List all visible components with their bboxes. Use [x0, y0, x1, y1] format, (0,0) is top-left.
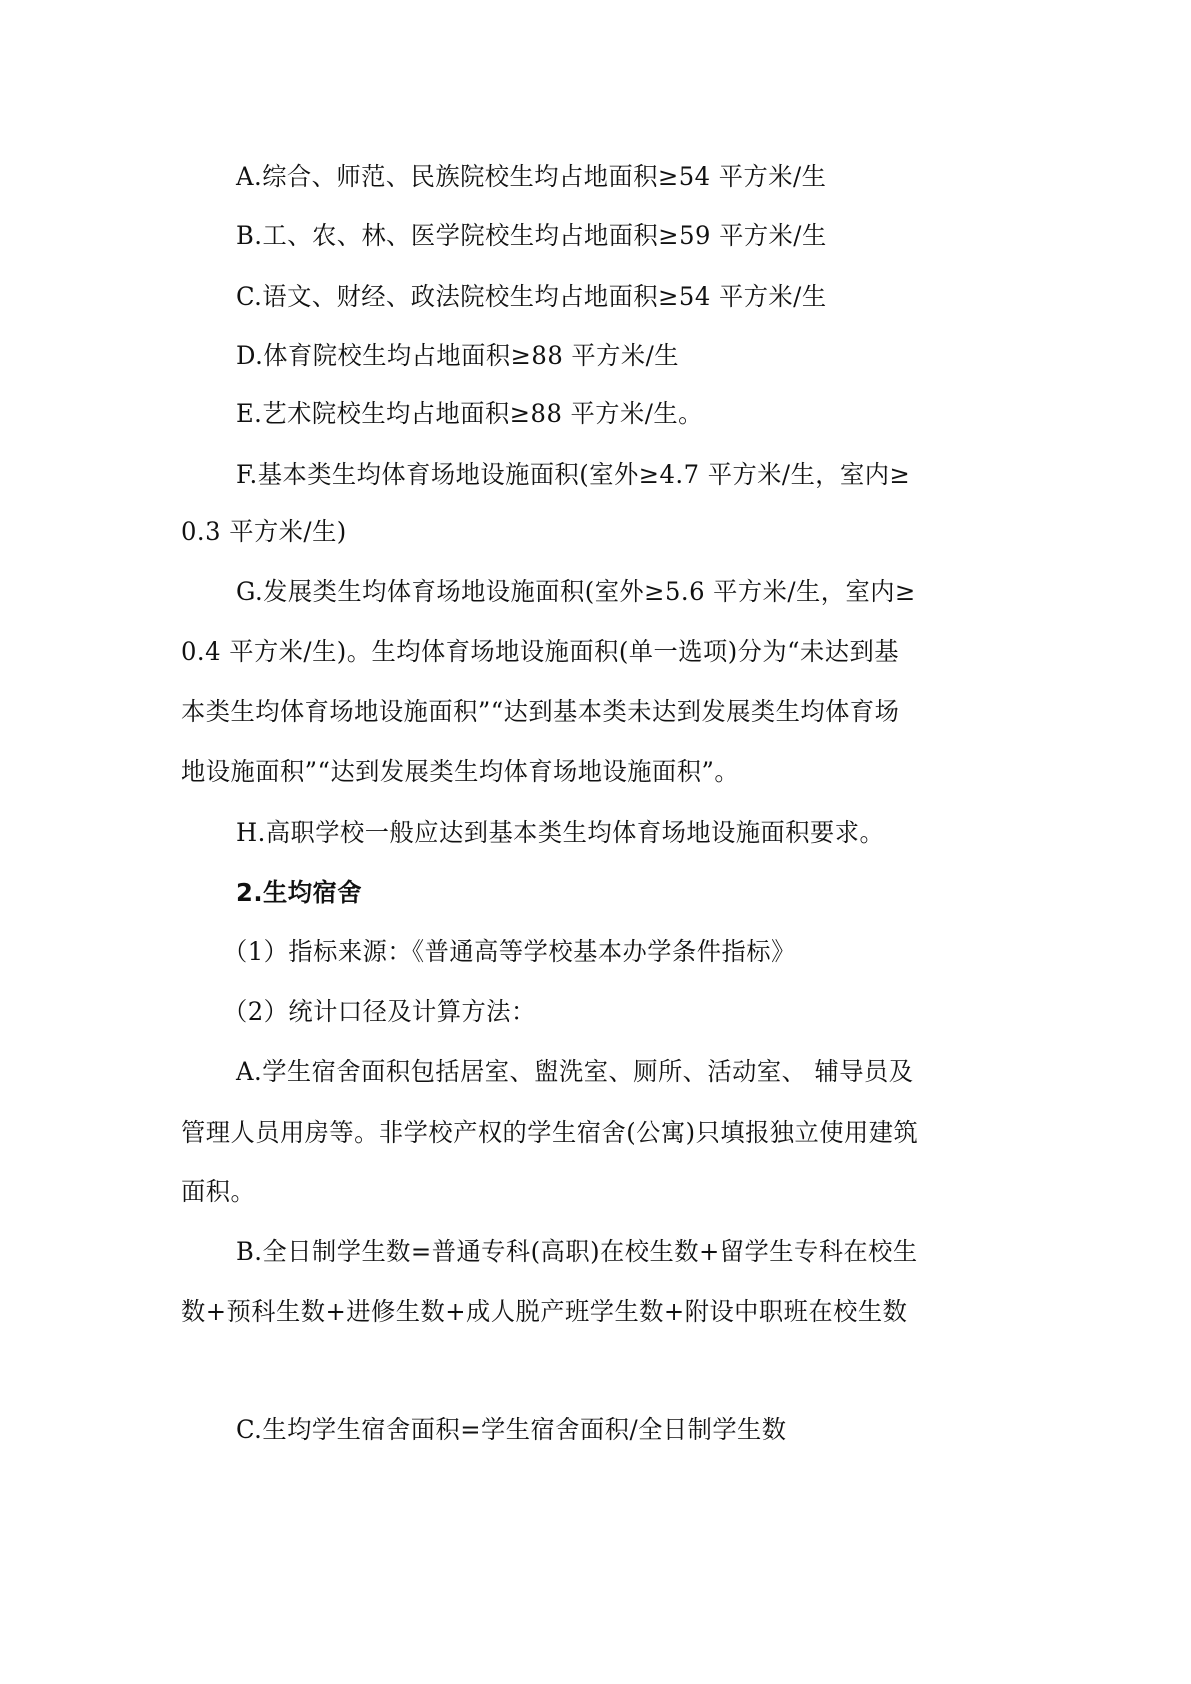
paragraph-a-dormitory-area: A.学生宿舍面积包括居室、盥洗室、厕所、活动室、 辅导员及 [236, 1055, 993, 1089]
paragraph-b-full-time-students: B.全日制学生数=普通专科(高职)在校生数+留学生专科在校生 [236, 1235, 993, 1269]
paragraph-a-continuation-1: 管理人员用房等。非学校产权的学生宿舍(公寓)只填报独立使用建筑 [181, 1116, 992, 1150]
paragraph-b-land-engineering: B.工、农、林、医学院校生均占地面积≥59 平方米/生 [236, 219, 993, 253]
paragraph-h-vocational-requirement: H.高职学校一般应达到基本类生均体育场地设施面积要求。 [236, 816, 993, 850]
paragraph-c-land-language: C.语文、财经、政法院校生均占地面积≥54 平方米/生 [236, 280, 993, 314]
paragraph-f-continuation: 0.3 平方米/生) [181, 515, 992, 549]
paragraph-f-basic-sports-facility: F.基本类生均体育场地设施面积(室外≥4.7 平方米/生，室内≥ [236, 458, 993, 492]
paragraph-b-continuation: 数+预科生数+进修生数+成人脱产班学生数+附设中职班在校生数 [181, 1295, 992, 1329]
indicator-source: （1）指标来源：《普通高等学校基本办学条件指标》 [223, 935, 1034, 969]
section-heading-dormitory: 2.生均宿舍 [236, 876, 993, 910]
paragraph-d-land-sports: D.体育院校生均占地面积≥88 平方米/生 [236, 339, 993, 373]
paragraph-a-land-comprehensive: A.综合、师范、民族院校生均占地面积≥54 平方米/生 [236, 160, 993, 194]
calculation-method-label: （2）统计口径及计算方法： [223, 995, 1034, 1029]
paragraph-g-continuation-1: 0.4 平方米/生)。生均体育场地设施面积(单一选项)分为“未达到基 [181, 635, 992, 669]
paragraph-g-continuation-2: 本类生均体育场地设施面积”“达到基本类未达到发展类生均体育场 [181, 695, 992, 729]
document-page: A.综合、师范、民族院校生均占地面积≥54 平方米/生 B.工、农、林、医学院校… [0, 0, 1191, 1684]
paragraph-e-land-arts: E.艺术院校生均占地面积≥88 平方米/生。 [236, 397, 993, 431]
paragraph-g-development-sports-facility: G.发展类生均体育场地设施面积(室外≥5.6 平方米/生，室内≥ [236, 575, 993, 609]
paragraph-a-continuation-2: 面积。 [181, 1175, 992, 1209]
paragraph-g-continuation-3: 地设施面积”“达到发展类生均体育场地设施面积”。 [181, 755, 992, 789]
paragraph-c-dormitory-per-student: C.生均学生宿舍面积=学生宿舍面积/全日制学生数 [236, 1413, 993, 1447]
